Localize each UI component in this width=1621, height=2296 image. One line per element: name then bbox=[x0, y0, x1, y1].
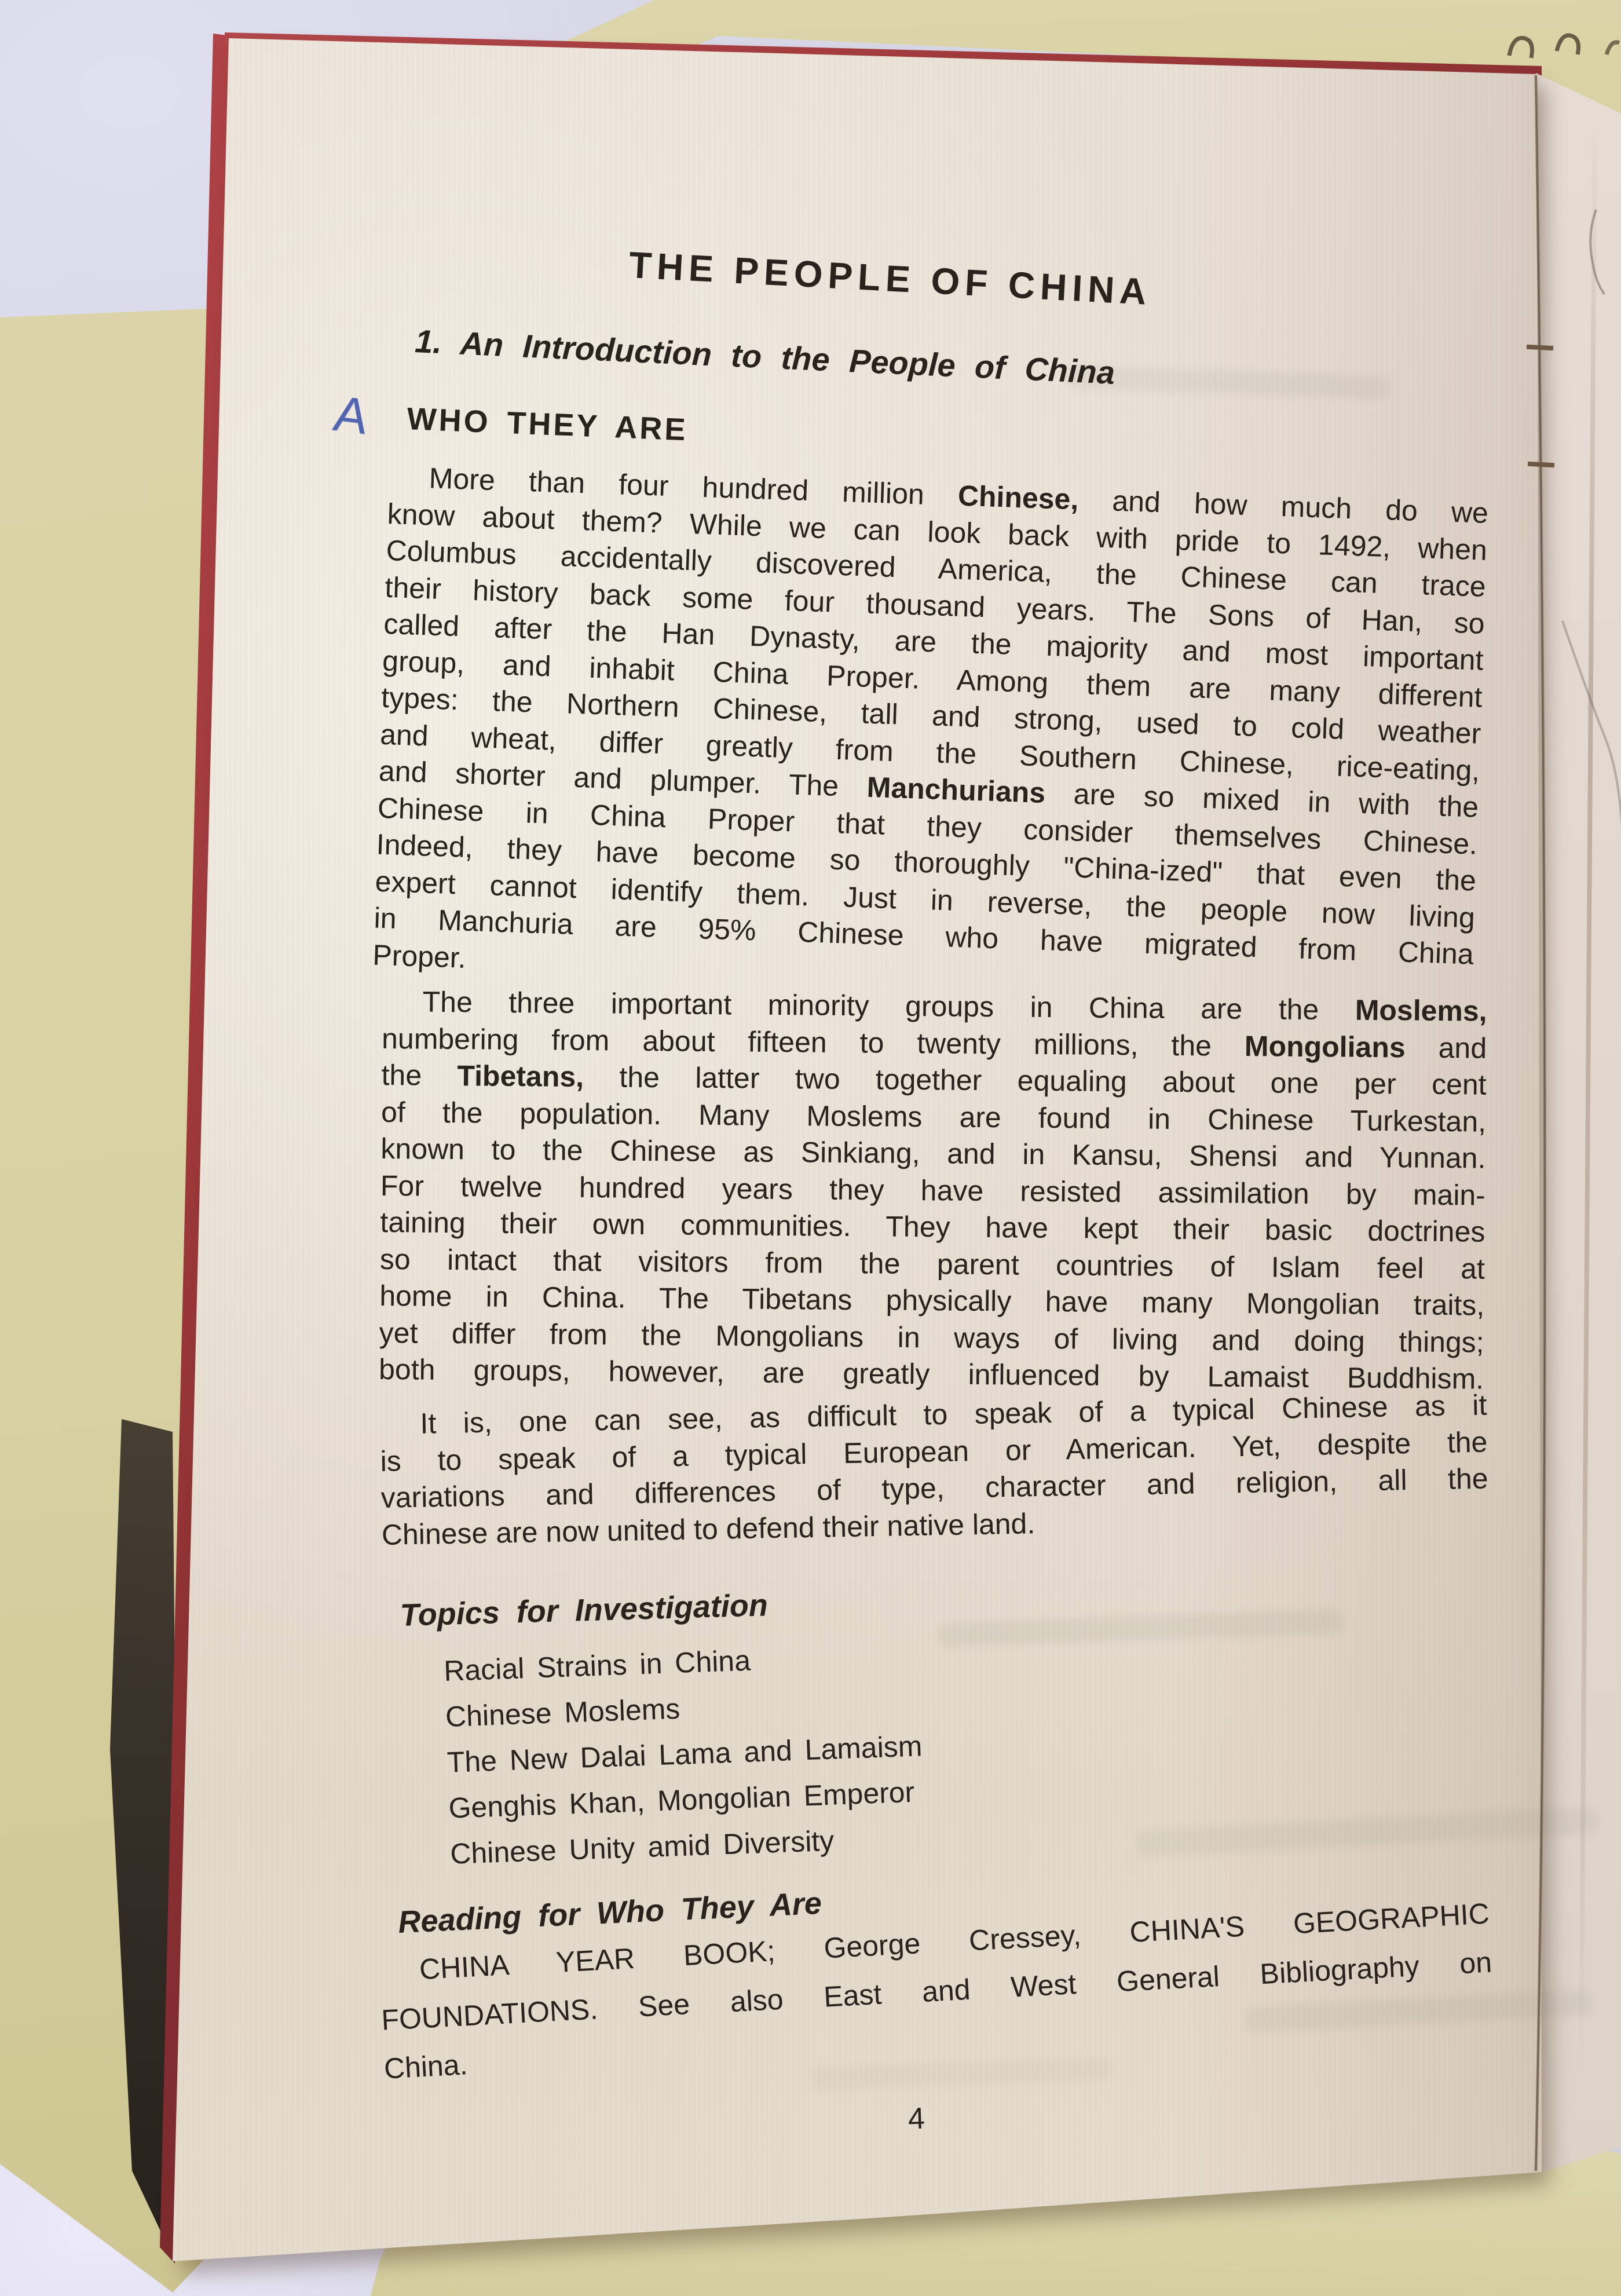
topics-list: Racial Strains in ChinaChinese MoslemsTh… bbox=[443, 1632, 926, 1877]
page-number: 4 bbox=[908, 2101, 925, 2137]
body-paragraph-1: More than four hundred million Chinese, … bbox=[372, 459, 1489, 1010]
book-photo: THE PEOPLE OF CHINA 1. An Introduction t… bbox=[0, 0, 1621, 2296]
body-paragraph-2: The three important minority groups in C… bbox=[379, 984, 1487, 1398]
body-paragraph-3: It is, one can see, as difficult to spea… bbox=[379, 1387, 1489, 1553]
